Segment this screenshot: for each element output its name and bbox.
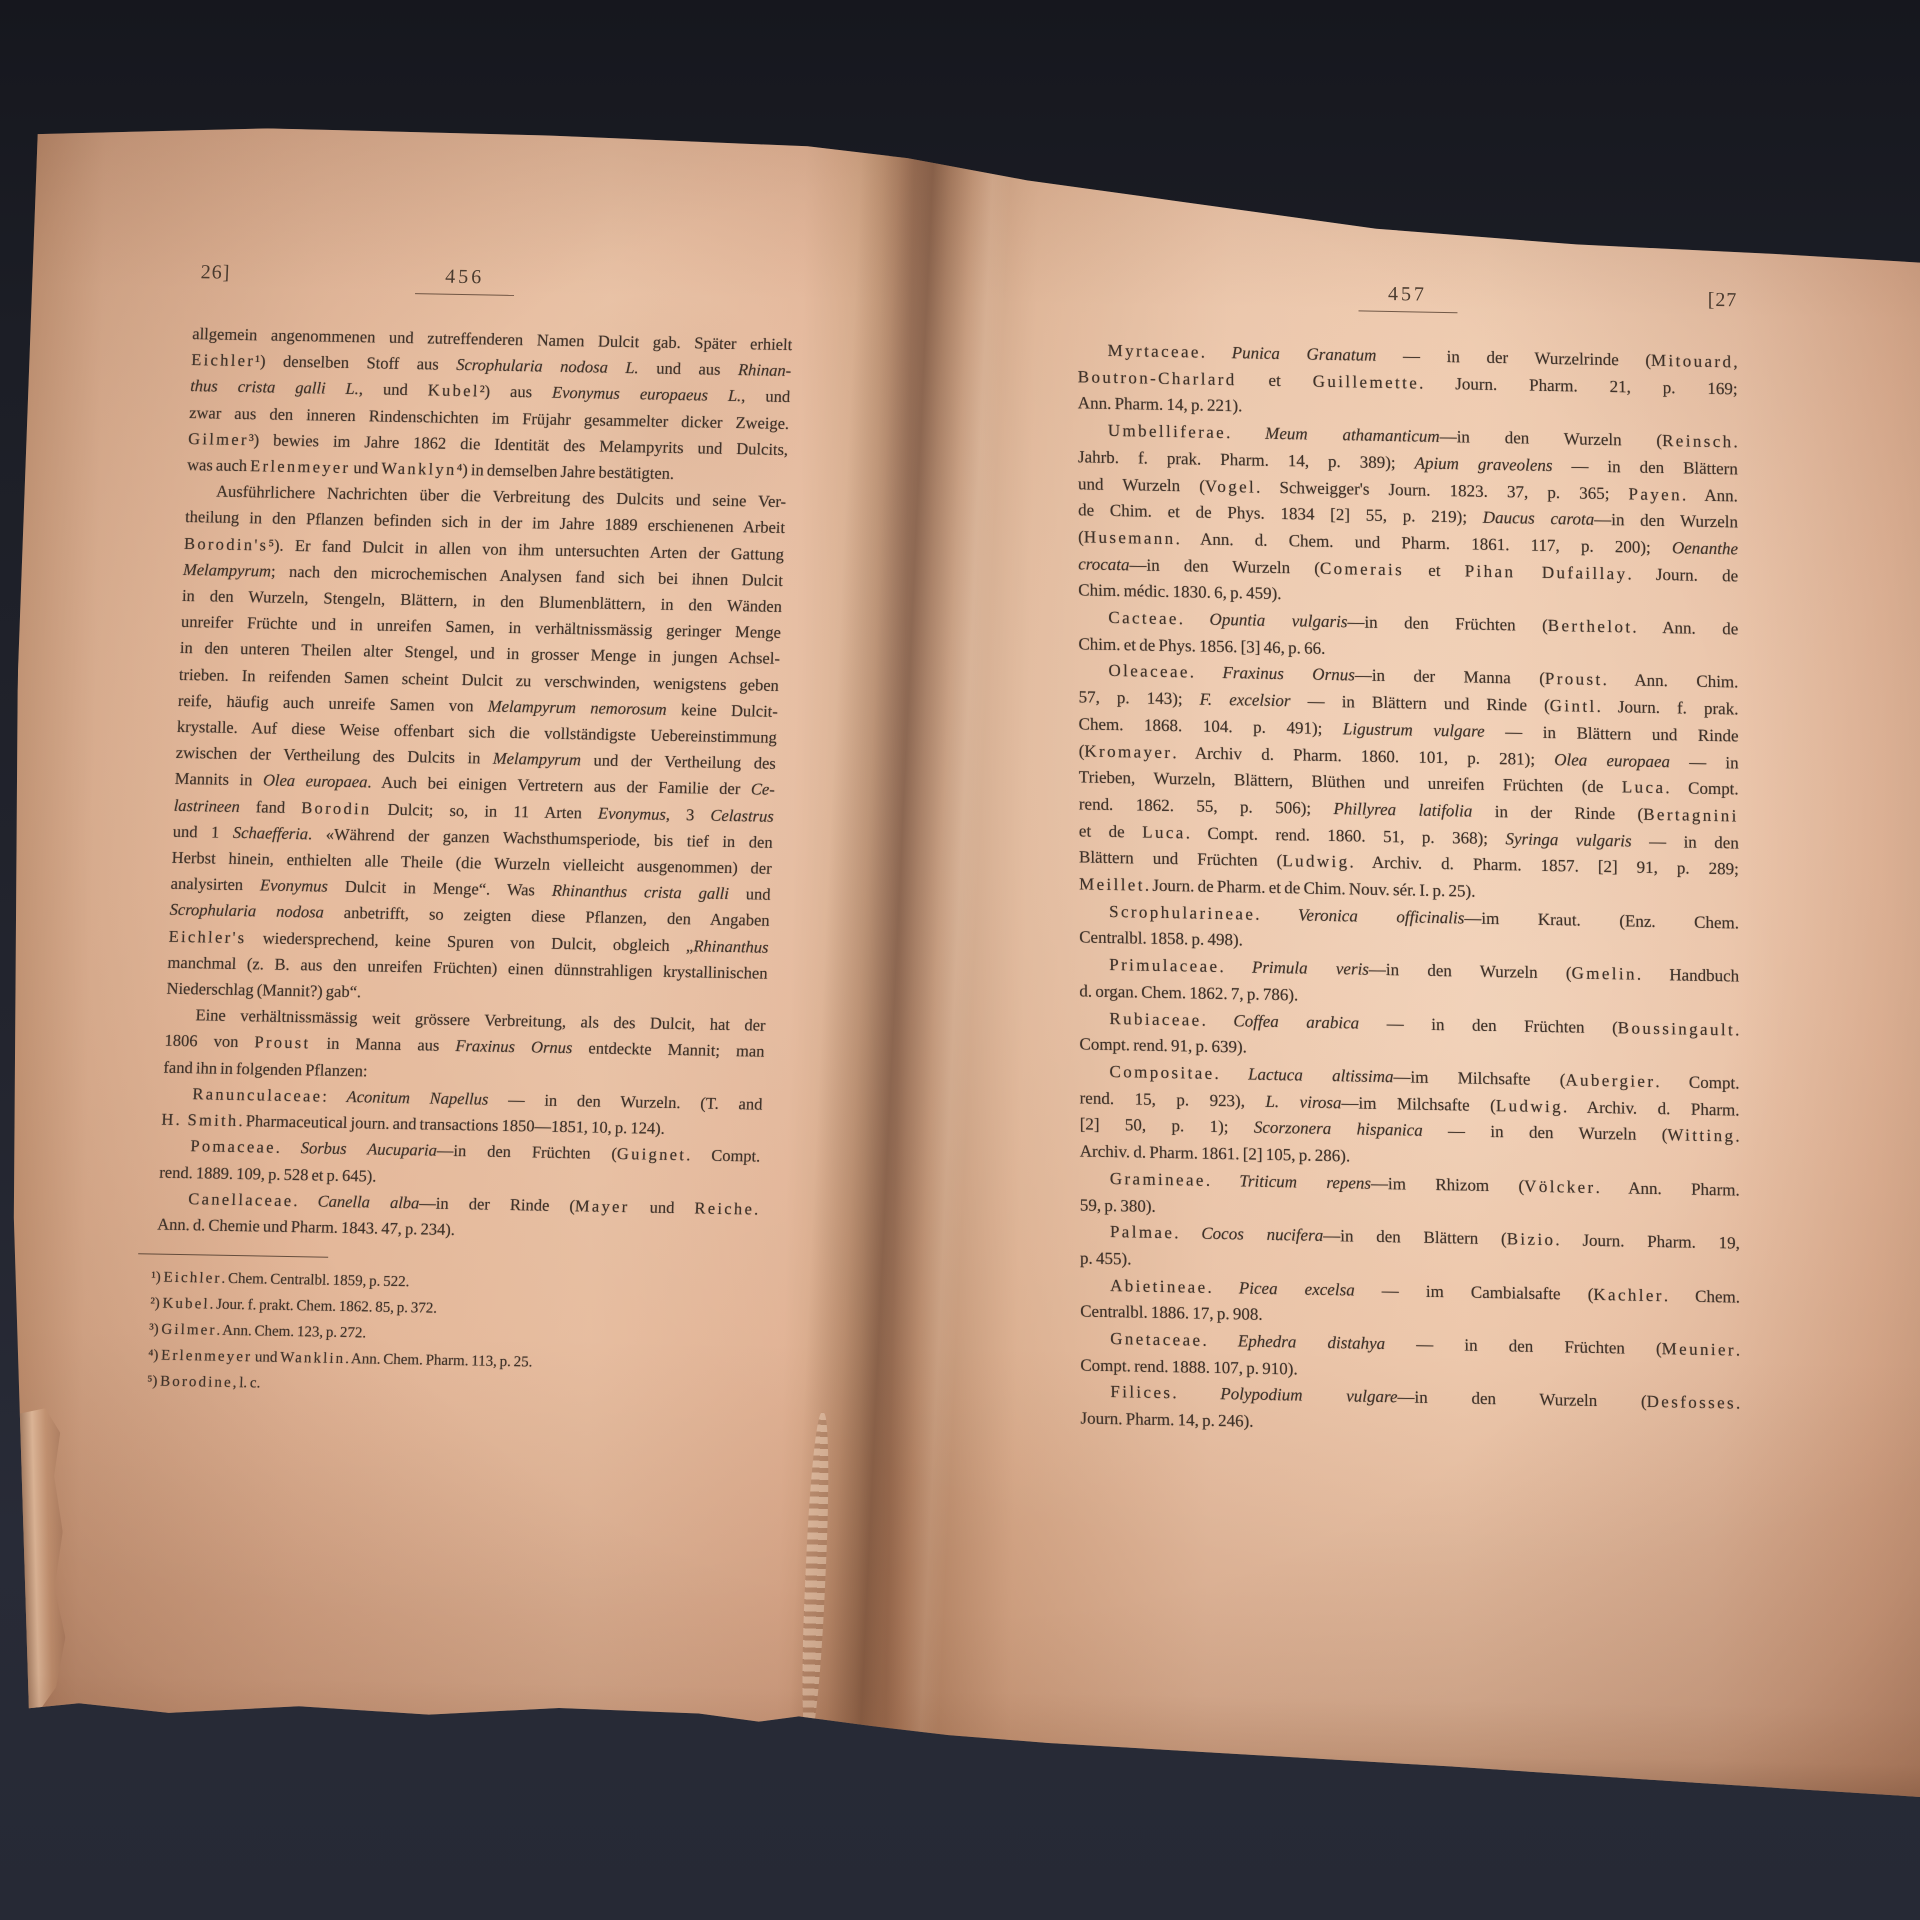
left-page: 26] 456 allgemein angenommenen und zutre… xyxy=(151,251,796,1405)
right-page-body: Myrtaceae. Punica Granatum — in der Wurz… xyxy=(1078,337,1741,1444)
signature-mark-right: [27 xyxy=(1708,289,1738,313)
page-stack-edge xyxy=(12,1408,68,1719)
left-page-body: allgemein angenommenen und zutreffendere… xyxy=(157,321,793,1249)
right-page-number: 457 xyxy=(1358,282,1457,313)
open-book: 26] 456 allgemein angenommenen und zutre… xyxy=(0,118,1920,1833)
footnote-rule xyxy=(138,1253,328,1257)
photo-background: 26] 456 allgemein angenommenen und zutre… xyxy=(0,0,1920,1920)
left-page-number-wrap: 456 xyxy=(194,261,735,300)
left-page-footnotes: ¹) Eichler. Chem. Centralbl. 1859, p. 52… xyxy=(135,1264,756,1405)
binding-fray xyxy=(798,1412,833,1743)
book-gutter-shadow xyxy=(784,119,1013,1834)
signature-mark-left: 26] xyxy=(200,261,231,285)
right-page: 457 [27 Myrtaceae. Punica Granatum — in … xyxy=(1077,267,1740,1444)
bottom-deckle-edge xyxy=(0,1674,1920,1834)
right-page-number-wrap: 457 xyxy=(1077,277,1737,318)
right-page-header: 457 [27 xyxy=(1077,277,1737,325)
left-page-header: 26] 456 xyxy=(194,261,735,307)
left-page-number: 456 xyxy=(415,265,515,296)
